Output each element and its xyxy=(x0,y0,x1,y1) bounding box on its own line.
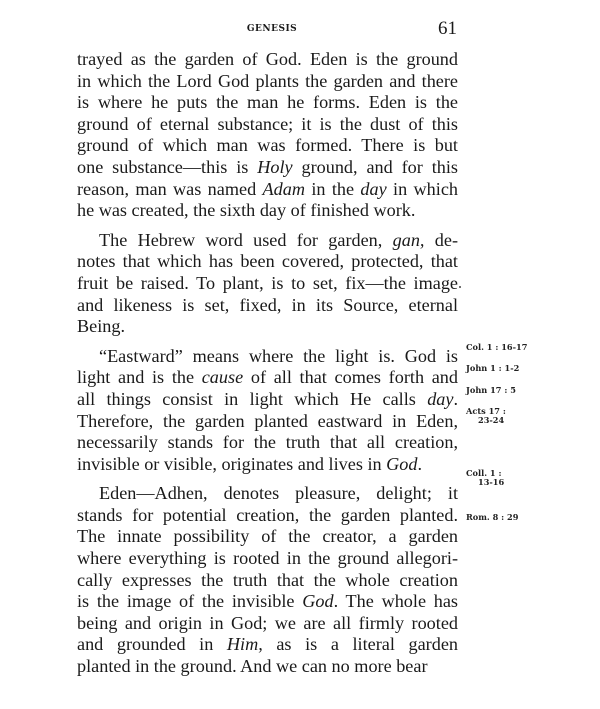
italic-emphasis: Holy xyxy=(257,157,292,177)
text-line: all things consist in light which He cal… xyxy=(77,389,458,411)
text-line: The innate possibility of the creator, a… xyxy=(77,526,458,548)
italic-emphasis: Adam xyxy=(263,179,305,199)
italic-emphasis: God xyxy=(302,591,333,611)
text-line: fruit be raised. To plant, is to set, fi… xyxy=(77,273,458,295)
margin-note-reference: John 1 : 1-2 xyxy=(466,364,519,373)
text-line: ground of which man was formed. There is… xyxy=(77,135,458,157)
text-line: stands for potential creation, the garde… xyxy=(77,505,458,527)
paragraph: trayed as the garden of God. Eden is the… xyxy=(77,49,458,222)
margin-note-reference: John 17 : 5 xyxy=(466,386,516,395)
text-line: “Eastward” means where the light is. God… xyxy=(77,346,458,368)
italic-emphasis: cause xyxy=(202,367,243,387)
text-line: in which the Lord God plants the garden … xyxy=(77,71,458,93)
italic-emphasis: day xyxy=(427,389,453,409)
italic-emphasis: God xyxy=(386,454,417,474)
paragraph: The Hebrew word used for garden, gan, de… xyxy=(77,230,458,338)
text-line: planted in the ground. And we can no mor… xyxy=(77,656,458,678)
text-line: ground of eternal substance; it is the d… xyxy=(77,114,458,136)
paragraph: “Eastward” means where the light is. God… xyxy=(77,346,458,476)
margin-note-reference: Acts 17 :23-24 xyxy=(466,407,506,425)
text-line: Being. xyxy=(77,316,458,338)
page-header: GENESIS 61 xyxy=(77,18,457,40)
text-line: and likeness is set, fixed, in its Sourc… xyxy=(77,295,458,317)
text-line: he was created, the sixth day of finishe… xyxy=(77,200,458,222)
text-line: Eden—Adhen, denotes pleasure, delight; i… xyxy=(77,483,458,505)
margin-note-reference: Coll. 1 :13-16 xyxy=(466,469,504,487)
paragraph: Eden—Adhen, denotes pleasure, delight; i… xyxy=(77,483,458,677)
italic-emphasis: Him, xyxy=(227,634,263,654)
text-line: reason, man was named Adam in the day in… xyxy=(77,179,458,201)
text-line: invisible or visible, originates and liv… xyxy=(77,454,458,476)
margin-note-reference: Rom. 8 : 29 xyxy=(466,513,518,522)
text-line: one substance—this is Holy ground, and f… xyxy=(77,157,458,179)
text-line: is where he puts the man he forms. Eden … xyxy=(77,92,458,114)
text-line: being and origin in God; we are all firm… xyxy=(77,613,458,635)
italic-emphasis: day xyxy=(360,179,386,199)
stray-mark xyxy=(459,286,461,288)
text-line: trayed as the garden of God. Eden is the… xyxy=(77,49,458,71)
running-head: GENESIS xyxy=(77,24,457,34)
text-line: where everything is rooted in the ground… xyxy=(77,548,458,570)
text-line: Therefore, the garden planted eastward i… xyxy=(77,411,458,433)
text-line: notes that which has been covered, prote… xyxy=(77,251,458,273)
page-number: 61 xyxy=(438,18,457,40)
italic-emphasis: gan, xyxy=(393,230,425,250)
text-line: light and is the cause of all that comes… xyxy=(77,367,458,389)
text-line: cally expresses the truth that the whole… xyxy=(77,570,458,592)
text-line: The Hebrew word used for garden, gan, de… xyxy=(77,230,458,252)
text-line: is the image of the invisible God. The w… xyxy=(77,591,458,613)
body-text: trayed as the garden of God. Eden is the… xyxy=(77,49,458,686)
margin-note-reference: Col. 1 : 16-17 xyxy=(466,343,527,352)
text-line: necessarily stands for the truth that al… xyxy=(77,432,458,454)
text-line: and grounded in Him, as is a literal gar… xyxy=(77,634,458,656)
